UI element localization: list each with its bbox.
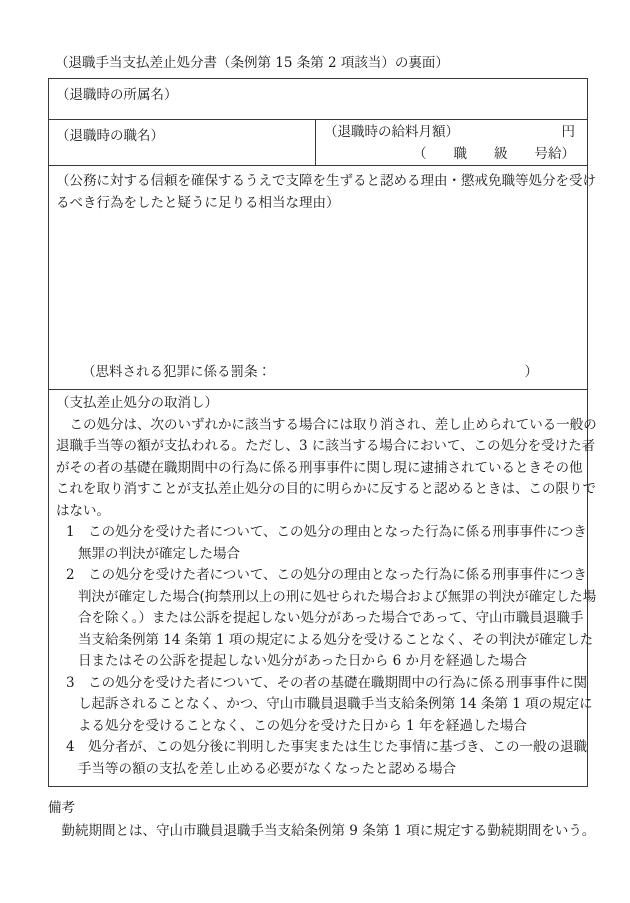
salary-line: （退職時の給料月額） 円 [324,121,575,143]
position-label: （退職時の職名） [56,125,309,147]
list-item-2-line-4: 当支給条例第 14 条第 1 項の規定による処分を受けることなく、その判決が確定… [56,630,580,652]
reason-cell: （公務に対する信頼を確保するうえで支障を生ずると認める理由・懲戒免職等処分を受け… [49,166,587,390]
list-item-2-line-5: 日またはその公訴を提起しない処分があった日から 6 か月を経過した場合 [56,651,580,673]
list-item-4-line-2: 手当等の額の支払を差し止める必要がなくなったと認める場合 [56,759,580,781]
list-item-3-line-1: 3 この処分を受けた者について、その者の基礎在職期間中の行為に係る刑事事件に関 [56,673,580,695]
cancellation-paragraph-line-4: これを取り消すことが支払差止処分の目的に明らかに反すると認めるときは、この限りで [56,479,580,501]
affiliation-cell: （退職時の所属名） [49,79,587,120]
notes-heading: 備考 [48,797,588,820]
reason-line-1: （公務に対する信頼を確保するうえで支障を生ずると認める理由・懲戒免職等処分を受け [56,170,580,192]
salary-label: （退職時の給料月額） [324,121,459,143]
page-title: （退職手当支払差止処分書（条例第 15 条第 2 項該当）の裏面） [55,53,449,73]
list-item-2-line-1: 2 この処分を受けた者について、この処分の理由となった行為に係る刑事事件につき [56,565,580,587]
cancellation-paragraph-line-3: がその者の基礎在職期間中の行為に係る刑事事件に関し現に逮捕されているときその他 [56,458,580,480]
form-table: （退職時の所属名） （退職時の職名） （退職時の給料月額） 円 （ 職 級 号給… [48,78,588,787]
notes-section: 備考 勤続期間とは、守山市職員退職手当支給条例第 9 条第 1 項に規定する勤続… [48,797,588,843]
cancellation-cell: （支払差止処分の取消し） この処分は、次のいずれかに該当する場合には取り消され、… [49,390,587,786]
reason-value-area [56,214,580,361]
document-page: （退職手当支払差止処分書（条例第 15 条第 2 項該当）の裏面） （退職時の所… [0,0,630,903]
cancellation-paragraph-line-2: 退職手当等の額が支払われる。ただし、3 に該当する場合において、この処分を受けた… [56,436,580,458]
list-item-4-line-1: 4 処分者が、この処分後に判明した事実または生じた事情に基づき、この一般の退職 [56,737,580,759]
position-cell: （退職時の職名） [49,120,316,165]
salary-cell: （退職時の給料月額） 円 （ 職 級 号給） [316,120,587,165]
salary-unit-label: 円 [562,121,576,143]
penal-clause-label: （思料される犯罪に係る罰条： [82,361,271,383]
cancellation-paragraph-line-1: この処分は、次のいずれかに該当する場合には取り消され、差し止められている一般の [56,415,580,437]
penal-clause-value-area [271,361,525,383]
penal-clause-close: ） [525,361,539,383]
reason-line-2: るべき行為をしたと疑うに足りる相当な理由） [56,192,580,214]
list-item-1-line-2: 無罪の判決が確定した場合 [56,544,580,566]
cancellation-heading: （支払差止処分の取消し） [56,393,580,415]
list-item-3-line-3: よる処分を受けることなく、この処分を受けた日から 1 年を経過した場合 [56,716,580,738]
affiliation-label: （退職時の所属名） [56,84,581,106]
list-item-2-line-2: 判決が確定した場合(拘禁刑以上の刑に処せられた場合および無罪の判決が確定した場 [56,587,580,609]
list-item-3-line-2: し起訴されることなく、かつ、守山市職員退職手当支給条例第 14 条第 1 項の規… [56,694,580,716]
penal-clause-line: （思料される犯罪に係る罰条： ） [56,361,580,383]
list-item-2-line-3: 合を除く。）または公訴を提起しない処分があった場合であって、守山市職員退職手 [56,608,580,630]
position-salary-row: （退職時の職名） （退職時の給料月額） 円 （ 職 級 号給） [49,120,587,166]
grade-line: （ 職 級 号給） [324,143,575,165]
cancellation-paragraph-line-5: はない。 [56,501,580,523]
list-item-1-line-1: 1 この処分を受けた者について、この処分の理由となった行為に係る刑事事件につき [56,522,580,544]
notes-body: 勤続期間とは、守山市職員退職手当支給条例第 9 条第 1 項に規定する勤続期間を… [48,820,588,843]
